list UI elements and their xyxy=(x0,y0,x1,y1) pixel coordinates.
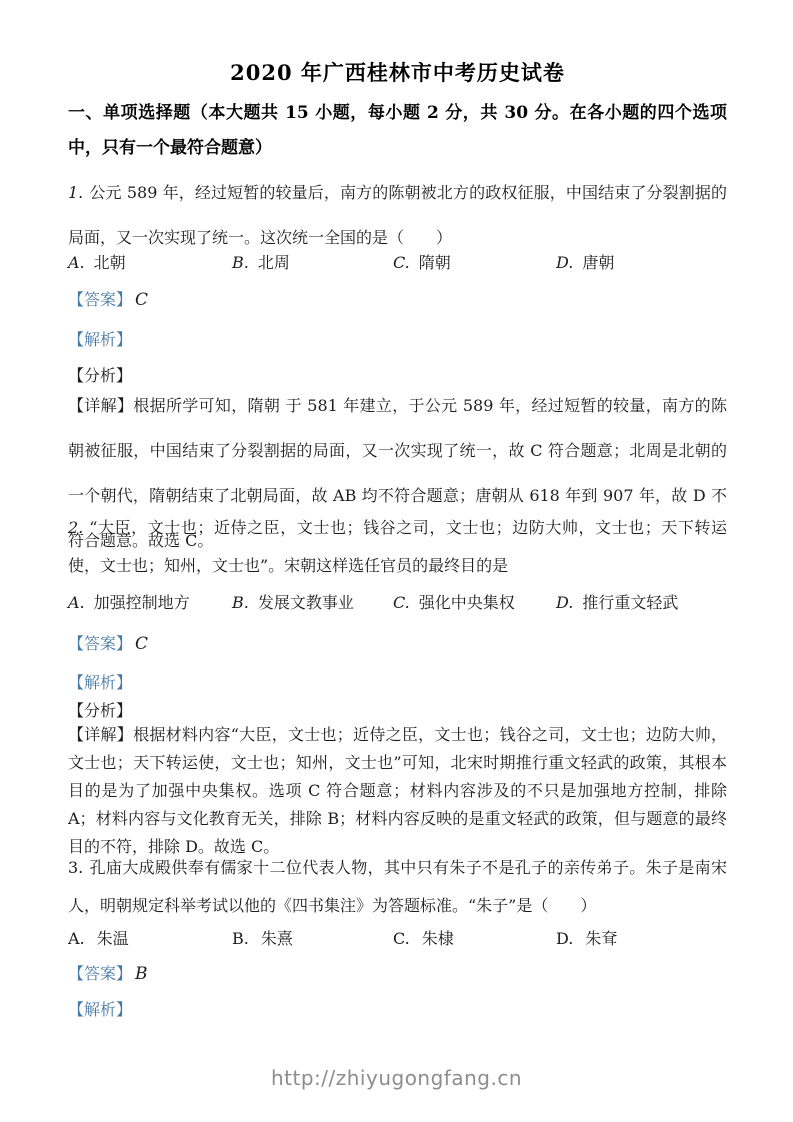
xiangjie-label: 【详解】 xyxy=(68,396,133,415)
jiexi-label: 【解析】 xyxy=(68,1000,132,1019)
option-d-text: 推行重文轻武 xyxy=(582,593,678,612)
question-1-stem: 1.公元 589 年，经过短暂的较量后，南方的陈朝被北方的政权征服，中国结束了分… xyxy=(68,170,727,260)
question-1-text: 公元 589 年，经过短暂的较量后，南方的陈朝被北方的政权征服，中国结束了分裂割… xyxy=(68,183,727,247)
question-1-answer-line: 【答案】C xyxy=(68,285,727,315)
question-2-text: “大臣，文士也；近侍之臣，文士也；钱谷之司，文士也；边防大帅，文士也；天下转运使… xyxy=(68,518,727,575)
question-2-options: A.加强控制地方 B.发展文教事业 C.强化中央集权 D.推行重文轻武 xyxy=(68,588,727,618)
option-c: C.隋朝 xyxy=(393,248,556,278)
option-d: D.唐朝 xyxy=(556,248,727,278)
option-c-letter: C. xyxy=(393,593,410,612)
answer-value: C xyxy=(135,290,148,310)
option-d: D.推行重文轻武 xyxy=(556,588,727,618)
option-d-text: 朱耷 xyxy=(585,929,617,948)
question-3-text: 孔庙大成殿供奉有儒家十二位代表人物，其中只有朱子不是孔子的亲传弟子。朱子是南宋人… xyxy=(68,858,727,915)
option-a-letter: A. xyxy=(68,253,85,272)
option-c: C.强化中央集权 xyxy=(393,588,556,618)
option-b-letter: B. xyxy=(232,253,249,272)
detail-text: 根据材料内容“大臣，文士也；近侍之臣，文士也；钱谷之司，文士也；边防大帅，文士也… xyxy=(68,725,727,856)
answer-label: 【答案】 xyxy=(68,290,132,309)
question-2-stem: 2.“大臣，文士也；近侍之臣，文士也；钱谷之司，文士也；边防大帅，文士也；天下转… xyxy=(68,509,727,585)
question-3-jiexi-line: 【解析】 xyxy=(68,995,727,1025)
option-a-text: 北朝 xyxy=(94,253,126,272)
answer-value: C xyxy=(135,634,148,654)
question-2-detail: 【详解】根据材料内容“大臣，文士也；近侍之臣，文士也；钱谷之司，文士也；边防大帅… xyxy=(68,721,727,861)
xiangjie-label: 【详解】 xyxy=(68,725,133,744)
option-d: D.朱耷 xyxy=(556,924,727,954)
option-d-letter: D. xyxy=(556,929,573,948)
question-2-number: 2. xyxy=(68,518,83,537)
question-3-stem: 3.孔庙大成殿供奉有儒家十二位代表人物，其中只有朱子不是孔子的亲传弟子。朱子是南… xyxy=(68,849,727,925)
option-b-text: 发展文教事业 xyxy=(258,593,354,612)
option-c: C.朱棣 xyxy=(393,924,556,954)
option-a: A.朱温 xyxy=(68,924,232,954)
option-b: B.发展文教事业 xyxy=(232,588,393,618)
jiexi-label: 【解析】 xyxy=(68,673,132,692)
option-c-text: 朱棣 xyxy=(422,929,454,948)
option-a-letter: A. xyxy=(68,593,85,612)
option-a: A.加强控制地方 xyxy=(68,588,232,618)
exam-title: 2020 年广西桂林市中考历史试卷 xyxy=(68,58,727,88)
exam-paper-page: 2020 年广西桂林市中考历史试卷 一、单项选择题（本大题共 15 小题，每小题… xyxy=(0,0,793,1122)
option-b: B.朱熹 xyxy=(232,924,393,954)
question-3-answer-line: 【答案】B xyxy=(68,959,727,989)
option-c-letter: C. xyxy=(393,253,410,272)
question-3-number: 3. xyxy=(68,858,83,877)
question-2-jiexi-line: 【解析】 xyxy=(68,668,727,698)
question-2-answer-line: 【答案】C xyxy=(68,629,727,659)
jiexi-label: 【解析】 xyxy=(68,330,132,349)
option-b-letter: B. xyxy=(232,929,249,948)
fenxi-label: 【分析】 xyxy=(68,701,132,720)
option-a-text: 加强控制地方 xyxy=(94,593,190,612)
option-b-letter: B. xyxy=(232,593,249,612)
answer-label: 【答案】 xyxy=(68,634,132,653)
option-d-letter: D. xyxy=(556,593,573,612)
answer-label: 【答案】 xyxy=(68,964,132,983)
question-1-number: 1. xyxy=(68,183,83,202)
option-b: B.北周 xyxy=(232,248,393,278)
option-d-letter: D. xyxy=(556,253,573,272)
option-a-letter: A. xyxy=(68,929,85,948)
option-a-text: 朱温 xyxy=(97,929,129,948)
option-c-letter: C. xyxy=(393,929,410,948)
watermark-url: http://zhiyugongfang.cn xyxy=(0,1066,793,1090)
question-3-options: A.朱温 B.朱熹 C.朱棣 D.朱耷 xyxy=(68,924,727,954)
question-1-options: A.北朝 B.北周 C.隋朝 D.唐朝 xyxy=(68,248,727,278)
option-b-text: 朱熹 xyxy=(261,929,293,948)
option-c-text: 强化中央集权 xyxy=(419,593,515,612)
option-c-text: 隋朝 xyxy=(419,253,451,272)
option-a: A.北朝 xyxy=(68,248,232,278)
answer-value: B xyxy=(135,964,148,984)
option-b-text: 北周 xyxy=(258,253,290,272)
question-1-jiexi-line: 【解析】 xyxy=(68,325,727,355)
section-heading: 一、单项选择题（本大题共 15 小题，每小题 2 分，共 30 分。在各小题的四… xyxy=(68,96,727,166)
option-d-text: 唐朝 xyxy=(582,253,614,272)
